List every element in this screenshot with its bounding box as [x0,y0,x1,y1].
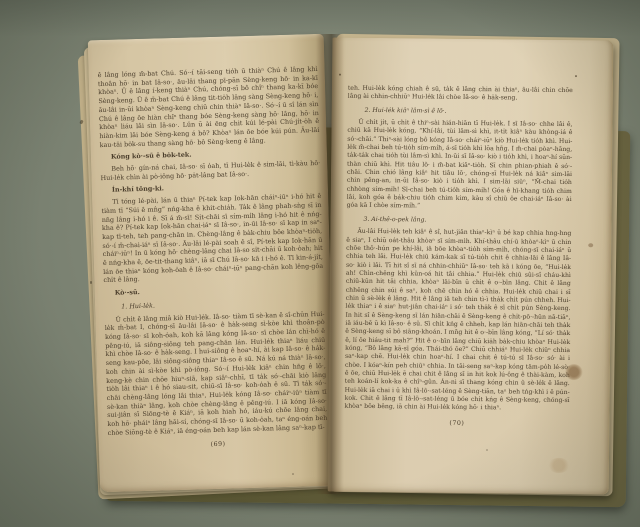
story-heading: 3. Ai-thê-o-pek lâng. [346,216,571,227]
paragraph: Tī tóng lé-pài, lán ū thiaⁿ Pí-tek kap I… [101,192,323,285]
left-page: ê lâng lóng m̄-bat Chú. Só·-í tāi-seng t… [88,34,337,492]
page-number-left: (69) [108,438,328,453]
story-heading: 2. Hui-le̍k kiâⁿ lâm-sì ê lō·. [348,106,573,117]
paragraph-continued: teh. Hui-le̍k kóng chiah ê sū, ta̍k ê lâ… [348,85,573,104]
paragraph-continued: ê lâng lóng m̄-bat Chú. Só·-í tāi-seng t… [98,65,320,149]
open-book-photo: ê lâng lóng m̄-bat Chú. Só·-í tāi-seng t… [0,0,640,527]
page-number-right: (70) [344,418,569,429]
paragraph: Ū chi̍t ê lâng miâ kiò Hui-le̍k. Iâ-so· … [104,309,327,437]
paragraph: Beh hō· gín-ná chai, Iâ-so· sī o̍ah, tī … [100,159,320,183]
right-page-text-column: teh. Hui-le̍k kóng chiah ê sū, ta̍k ê lâ… [328,38,612,430]
paragraph: Āu-lâi Hui-le̍k teh kiâⁿ ê sî, hut-jiân … [344,228,571,414]
paragraph: Ū chi̍t ji̍t, ū chi̍t ê thiⁿ-sài hián-hi… [347,119,573,213]
section-heading: Kò·-sū. [104,283,324,298]
right-page: teh. Hui-le̍k kóng chiah ê sū, ta̍k ê lâ… [328,38,614,495]
stain [548,458,570,473]
left-page-text-column: ê lâng lóng m̄-bat Chú. Só·-í tāi-seng t… [88,34,335,454]
